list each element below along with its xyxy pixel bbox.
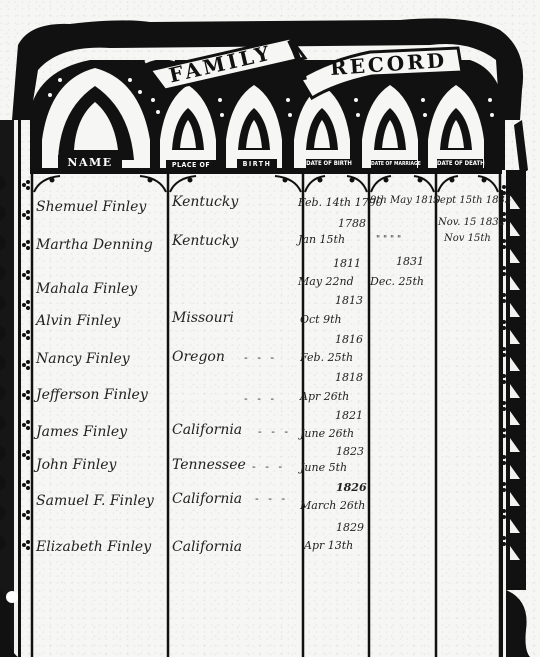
- entry-marriage: 9th May 1810: [370, 196, 440, 206]
- entry-place-dash: - - -: [258, 426, 291, 437]
- entry-birth-year: 1826: [336, 482, 367, 493]
- entry-birth-year: 1816: [335, 334, 363, 345]
- entry-name: James Finley: [36, 425, 127, 439]
- entry-place-dash: - - -: [255, 493, 288, 504]
- entry-name: Elizabeth Finley: [36, 540, 151, 554]
- entry-name: John Finley: [36, 458, 116, 472]
- entry-birth-year: 1829: [336, 522, 364, 533]
- entry-birth-date: June 26th: [300, 428, 354, 439]
- header-place-of: PLACE OF: [166, 160, 216, 171]
- entry-birth-date: March 26th: [300, 500, 365, 511]
- entry-birth-date: June 5th: [300, 462, 347, 473]
- entry-marriage-year: 1831: [396, 256, 424, 267]
- entry-name: Nancy Finley: [36, 352, 130, 366]
- header-name: NAME: [58, 155, 122, 170]
- entry-birth-date: Apr 13th: [304, 540, 353, 551]
- entry-place-dash: - - -: [252, 461, 285, 472]
- entry-name: Shemuel Finley: [36, 200, 146, 214]
- entry-birth-date: Oct 9th: [300, 314, 342, 325]
- entry-place: Kentucky: [172, 234, 238, 248]
- family-record-page: FAMILY RECORD NAME PLACE OF BIRTH DATE O…: [0, 0, 540, 657]
- entry-place: Tennessee: [172, 458, 246, 472]
- entry-place: California: [172, 492, 242, 506]
- entry-birth-year: 1813: [335, 295, 363, 306]
- entry-name: Samuel F. Finley: [36, 494, 154, 508]
- entry-birth-year: 1823: [336, 446, 364, 457]
- header-birth: BIRTH: [237, 159, 277, 170]
- header-date-of-marriage: DATE OF MARRIAGE: [371, 160, 417, 169]
- header-date-of-birth: DATE OF BIRTH: [306, 159, 352, 169]
- entry-birth-date: Feb. 25th: [300, 352, 353, 363]
- entry-birth-year: 1788: [338, 218, 366, 229]
- entry-place: California: [172, 540, 242, 554]
- entry-name: Martha Denning: [36, 238, 153, 252]
- entry-place-dash: - - -: [244, 352, 277, 363]
- entry-birth-date: May 22nd: [298, 276, 354, 287]
- entry-place-dash: - - -: [244, 393, 277, 404]
- entry-marriage: " " " ": [376, 236, 401, 245]
- entry-birth-year: 1821: [335, 410, 363, 421]
- entry-death: Nov. 15 1832: [438, 218, 505, 228]
- entry-birth-year: 1811: [333, 258, 361, 269]
- header-date-of-death: DATE OF DEATH: [437, 159, 483, 169]
- entry-birth-date: Apr 26th: [300, 391, 349, 402]
- entry-name: Jefferson Finley: [36, 388, 148, 402]
- entry-name: Mahala Finley: [36, 282, 137, 296]
- entry-birth-date: Jan 15th: [298, 234, 345, 245]
- entry-death: Sept 15th 1835: [433, 196, 511, 206]
- entry-place: California: [172, 423, 242, 437]
- entry-marriage: Dec. 25th: [370, 276, 424, 287]
- entry-name: Alvin Finley: [36, 314, 120, 328]
- entry-death: Nov 15th: [444, 234, 491, 244]
- entry-place: Missouri: [172, 311, 234, 325]
- entry-place: Kentucky: [172, 195, 238, 209]
- entry-birth-year: 1818: [335, 372, 363, 383]
- entry-place: Oregon: [172, 350, 225, 364]
